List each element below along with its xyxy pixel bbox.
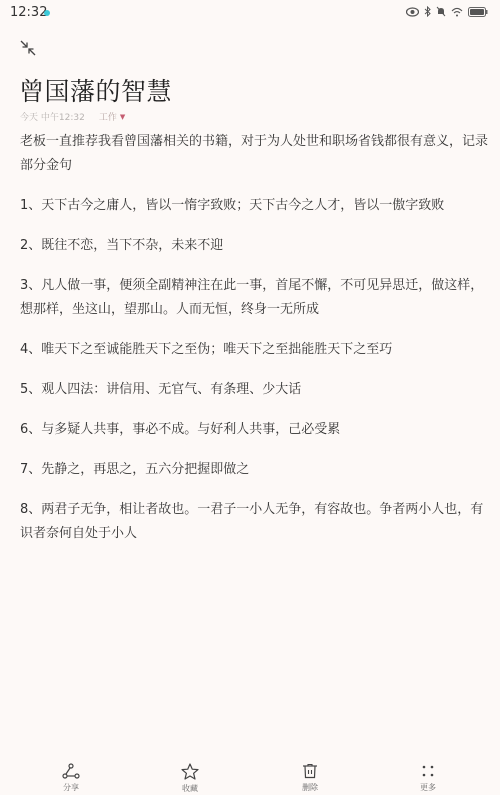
bottom-toolbar: 分享 收藏 删除 更多: [0, 758, 500, 795]
eye-icon: [406, 7, 419, 17]
note-item: 7、先静之，再思之，五六分把握即做之: [20, 458, 490, 482]
note-item: 8、两君子无争，相让者故也。一君子一小人无争，有容故也。争者两小人也，有识者奈何…: [20, 498, 490, 546]
collapse-arrows-icon: [18, 38, 38, 58]
note-date: 今天 中午12:32: [20, 110, 85, 123]
note-item: 3、凡人做一事，便须全副精神注在此一事，首尾不懈，不可见异思迁，做这样，想那样，…: [20, 274, 490, 322]
share-label: 分享: [63, 782, 79, 793]
note-item: 6、与多疑人共事，事必不成。与好利人共事，己必受累: [20, 418, 490, 442]
favorite-label: 收藏: [182, 783, 198, 794]
dropdown-arrow-icon: ▼: [120, 113, 125, 121]
note-item: 5、观人四法：讲信用、无官气、有条理、少大话: [20, 378, 490, 402]
star-icon: [181, 763, 199, 780]
share-icon: [62, 763, 80, 779]
share-button[interactable]: 分享: [41, 763, 101, 793]
battery-icon: [468, 7, 488, 17]
note-item: 2、既往不恋，当下不杂，未来不迎: [20, 234, 490, 258]
status-icons: [406, 6, 488, 17]
category-dropdown[interactable]: 工作 ▼: [99, 110, 125, 123]
note-item: 1、天下古今之庸人，皆以一惰字致败；天下古今之人才，皆以一傲字致败: [20, 194, 490, 218]
note-intro: 老板一直推荐我看曾国藩相关的书籍，对于为人处世和职场省钱都很有意义，记录部分金句: [20, 130, 490, 178]
more-dots-icon: [420, 763, 436, 779]
delete-button[interactable]: 删除: [280, 763, 340, 793]
more-label: 更多: [420, 782, 436, 793]
note-meta: 今天 中午12:32 工作 ▼: [20, 110, 125, 123]
note-body[interactable]: 老板一直推荐我看曾国藩相关的书籍，对于为人处世和职场省钱都很有意义，记录部分金句…: [20, 130, 490, 562]
delete-label: 删除: [302, 782, 318, 793]
more-button[interactable]: 更多: [398, 763, 458, 793]
note-title[interactable]: 曾国藩的智慧: [19, 72, 172, 108]
category-label: 工作: [99, 110, 117, 123]
status-time: 12:32: [10, 5, 47, 20]
collapse-button[interactable]: [18, 38, 38, 58]
status-bar: 12:32: [0, 0, 500, 26]
wifi-icon: [451, 7, 463, 17]
mute-icon: [436, 6, 446, 17]
note-item: 4、唯天下之至诚能胜天下之至伪；唯天下之至拙能胜天下之至巧: [20, 338, 490, 362]
bluetooth-icon: [424, 6, 431, 17]
notification-dot-icon: [44, 10, 50, 16]
favorite-button[interactable]: 收藏: [160, 763, 220, 794]
trash-icon: [302, 763, 318, 779]
